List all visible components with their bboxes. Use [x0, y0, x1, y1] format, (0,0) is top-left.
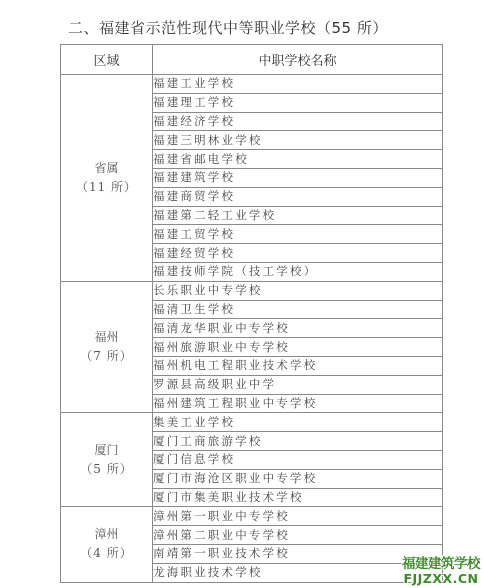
header-school-name: 中职学校名称 — [153, 45, 443, 75]
table-row: 省属（11 所）福建工业学校 — [61, 75, 443, 94]
school-name-cell: 福建建筑学校 — [153, 168, 443, 187]
school-name-cell: 漳州第二职业中专学校 — [153, 526, 443, 545]
region-count: （4 所） — [61, 544, 152, 563]
school-name-cell: 厦门市集美职业技术学校 — [153, 488, 443, 507]
schools-table: 区域 中职学校名称 省属（11 所）福建工业学校福建理工学校福建经济学校福建三明… — [60, 44, 443, 583]
school-name-cell: 福建工业学校 — [153, 75, 443, 94]
school-name-cell: 福建技师学院（技工学校） — [153, 262, 443, 281]
region-count: （7 所） — [61, 347, 152, 366]
region-cell: 厦门（5 所） — [61, 413, 153, 507]
school-name-cell: 福建经济学校 — [153, 112, 443, 131]
school-name-cell: 福州旅游职业中专学校 — [153, 338, 443, 357]
table-row: 漳州（4 所）漳州第一职业中专学校 — [61, 507, 443, 526]
school-name-cell: 福建工贸学校 — [153, 225, 443, 244]
region-cell: 漳州（4 所） — [61, 507, 153, 582]
school-name-cell: 福清龙华职业中专学校 — [153, 319, 443, 338]
school-name-cell: 福建第二轻工业学校 — [153, 206, 443, 225]
school-name-cell: 福建经贸学校 — [153, 244, 443, 263]
table-body: 省属（11 所）福建工业学校福建理工学校福建经济学校福建三明林业学校福建省邮电学… — [61, 75, 443, 583]
school-name-cell: 福建理工学校 — [153, 93, 443, 112]
school-name-cell: 福建商贸学校 — [153, 187, 443, 206]
school-name-cell: 厦门信息学校 — [153, 450, 443, 469]
region-cell: 省属（11 所） — [61, 75, 153, 282]
region-name: 漳州 — [61, 525, 152, 544]
school-name-cell: 福清卫生学校 — [153, 300, 443, 319]
school-name-cell: 厦门市海沧区职业中专学校 — [153, 469, 443, 488]
school-name-cell: 福州建筑工程职业中专学校 — [153, 394, 443, 413]
document-title: 二、福建省示范性现代中等职业学校（55 所） — [68, 17, 388, 38]
region-count: （5 所） — [61, 460, 152, 479]
school-name-cell: 漳州第一职业中专学校 — [153, 507, 443, 526]
header-region: 区域 — [61, 45, 153, 75]
region-count: （11 所） — [61, 178, 152, 197]
watermark-cn: 福建建筑学校 — [398, 558, 484, 572]
school-name-cell: 福州机电工程职业技术学校 — [153, 356, 443, 375]
watermark: 福建建筑学校 FJJZXX.CN — [398, 558, 484, 585]
region-name: 省属 — [61, 159, 152, 178]
region-cell: 福州（7 所） — [61, 281, 153, 413]
table-row: 福州（7 所）长乐职业中专学校 — [61, 281, 443, 300]
region-name: 厦门 — [61, 441, 152, 460]
school-name-cell: 福建省邮电学校 — [153, 150, 443, 169]
school-name-cell: 长乐职业中专学校 — [153, 281, 443, 300]
school-name-cell: 集美工业学校 — [153, 413, 443, 432]
table-row: 厦门（5 所）集美工业学校 — [61, 413, 443, 432]
school-name-cell: 厦门工商旅游学校 — [153, 432, 443, 451]
watermark-en: FJJZXX.CN — [398, 573, 484, 586]
table-header-row: 区域 中职学校名称 — [61, 45, 443, 75]
school-name-cell: 福建三明林业学校 — [153, 131, 443, 150]
school-name-cell: 罗源县高级职业中学 — [153, 375, 443, 394]
region-name: 福州 — [61, 328, 152, 347]
